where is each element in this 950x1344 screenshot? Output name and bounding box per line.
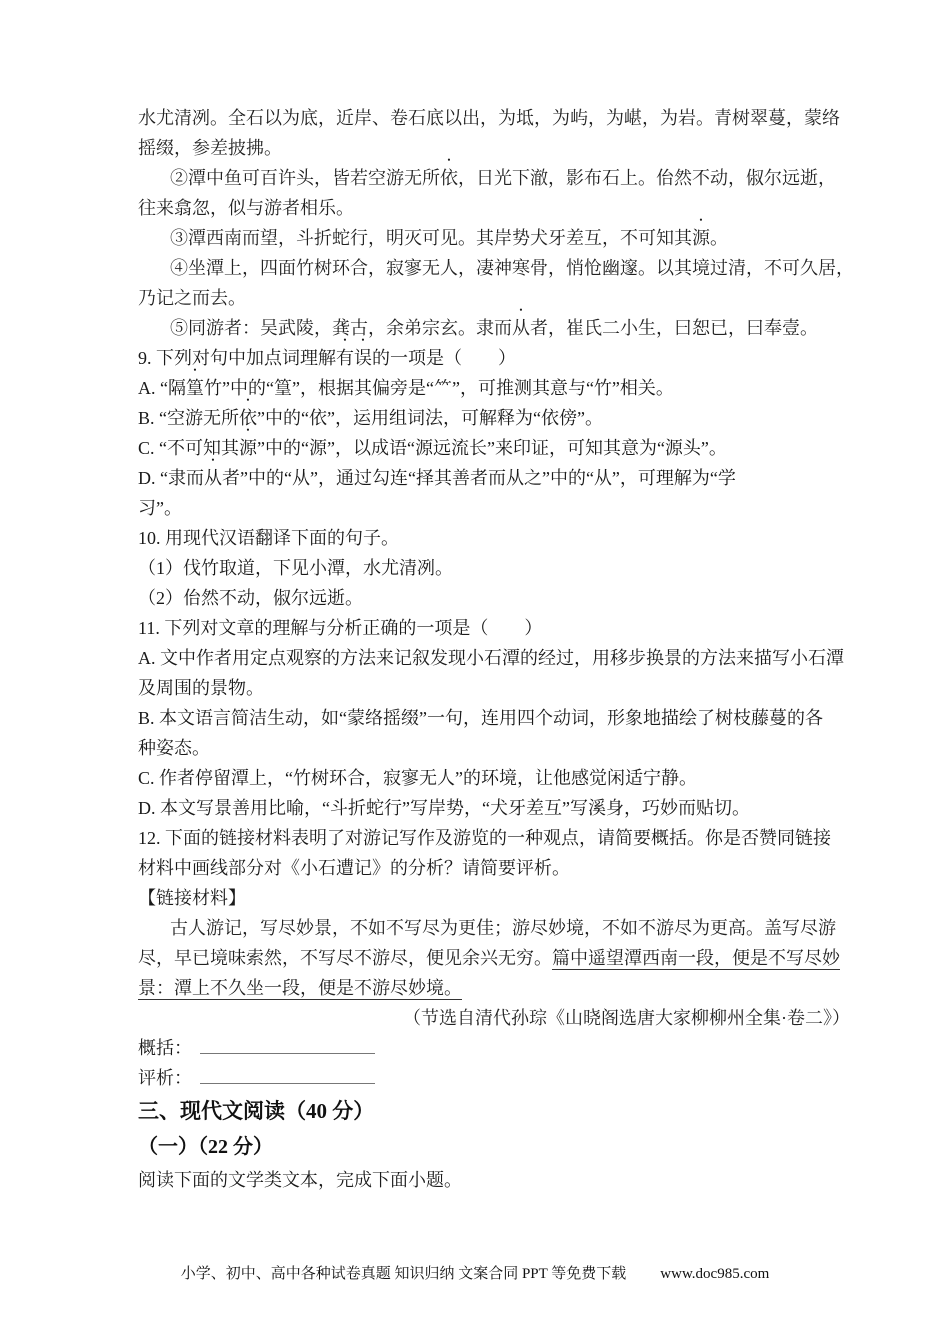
question-9-option-a: A. “隔篁竹”中的“篁”，根据其偏旁是“⺮”，可推测其意与“竹”相关。 bbox=[138, 373, 850, 403]
text-run: ”中的“源”，以成语“源远流长”来印证，可知其意为“源头”。 bbox=[257, 438, 727, 458]
answer-blank bbox=[200, 1063, 375, 1084]
question-9-option-d-line-2: 习”。 bbox=[138, 493, 850, 523]
text-run: 往来翕忽，似与游者相乐。 bbox=[138, 198, 354, 218]
exam-document-page: 水尤清冽。全石以为底，近岸、卷石底以出，为坻，为屿，为嵁，为岩。青树翠蔓，蒙络摇… bbox=[0, 0, 950, 1344]
text-run: 及周围的景物。 bbox=[138, 678, 264, 698]
passage-para-3: ③潭西南而望，斗折蛇行，明灭可见。其岸势犬牙差互，不可知其源。 bbox=[138, 223, 850, 253]
text-run: ⑤同游者：吴武陵，龚古，余弟宗玄。隶而 bbox=[170, 318, 512, 338]
linked-material-label: 【链接材料】 bbox=[138, 883, 850, 913]
text-run: 阅读下面的文学类文本，完成下面小题。 bbox=[138, 1170, 462, 1190]
linked-material-citation: （节选自清代孙琮《山晓阁选唐大家柳柳州全集·卷二》） bbox=[138, 1003, 850, 1033]
text-run: A. “隔 bbox=[138, 378, 186, 398]
text-run: 概括： bbox=[138, 1038, 192, 1058]
emphasis-dotted-char: 从 bbox=[204, 463, 222, 493]
question-10-item-1: （1）伐竹取道，下见小潭，水尤清冽。 bbox=[138, 553, 850, 583]
text-run: 种姿态。 bbox=[138, 738, 210, 758]
text-run: 者”中的“从”，通过勾连“择其善者而从之”中的“从”，可理解为“学 bbox=[222, 468, 736, 488]
question-11-option-c: C. 作者停留潭上，“竹树环合，寂寥无人”的环境，让他感觉闲适宁静。 bbox=[138, 763, 850, 793]
question-9-option-b: B. “空游无所依”中的“依”，运用组词法，可解释为“依傍”。 bbox=[138, 403, 850, 433]
question-9-stem: 9. 下列对句中加点词理解有误的一项是（ ） bbox=[138, 343, 850, 373]
text-run: 12. 下面的链接材料表明了对游记写作及游览的一种观点，请简要概括。你是否赞同链… bbox=[138, 828, 831, 848]
text-run: 9. 下列对句中加点词理解 bbox=[138, 348, 336, 368]
text-run: ②潭中鱼可百许头，皆若空游无所 bbox=[170, 168, 440, 188]
question-11-option-a-line-2: 及周围的景物。 bbox=[138, 673, 850, 703]
text-run: 水尤清冽。全石以为底，近岸、卷石底以出，为坻，为屿，为嵁，为岩。青树翠蔓，蒙络 bbox=[138, 108, 840, 128]
question-11-stem: 11. 下列对文章的理解与分析正确的一项是（ ） bbox=[138, 613, 850, 643]
passage-para-2-line-1: ②潭中鱼可百许头，皆若空游无所依，日光下澈，影布石上。佁然不动，俶尔远逝， bbox=[138, 163, 850, 193]
text-run: D. “隶而 bbox=[138, 468, 204, 488]
passage-line-1: 水尤清冽。全石以为底，近岸、卷石底以出，为坻，为屿，为嵁，为岩。青树翠蔓，蒙络 bbox=[138, 103, 850, 133]
underlined-text: 景：潭上不久坐一段，便是不游尽妙境。 bbox=[138, 978, 462, 1000]
text-run: 古人游记，写尽妙景，不如不写尽为更佳；游尽妙境，不如不游尽为更高。盖写尽游 bbox=[170, 918, 836, 938]
passage-para-4-line-1: ④坐潭上，四面竹树环合，寂寥无人，凄神寒骨，悄怆幽邃。以其境过清，不可久居， bbox=[138, 253, 850, 283]
text-run: 11. 下列对文章的理解与分析正确的一项是（ ） bbox=[138, 618, 542, 638]
text-run: ，日光下澈，影布石上。佁然不动，俶尔远逝， bbox=[458, 168, 836, 188]
emphasis-dotted-char: 误 bbox=[354, 343, 372, 373]
question-11-option-b-line-2: 种姿态。 bbox=[138, 733, 850, 763]
emphasis-dotted-char: 依 bbox=[440, 163, 458, 193]
text-run: （1）伐竹取道，下见小潭，水尤清冽。 bbox=[138, 558, 453, 578]
text-run: 尽，早已境味索然，不写尽不游尽，便见余兴无穷。 bbox=[138, 948, 552, 968]
question-11-option-d: D. 本文写景善用比喻，“斗折蛇行”写岸势，“犬牙差互”写溪身，巧妙而贴切。 bbox=[138, 793, 850, 823]
passage-line-2: 摇缀，参差披拂。 bbox=[138, 133, 850, 163]
text-run: 三、现代文阅读（40 分） bbox=[138, 1099, 374, 1123]
text-run: （节选自清代孙琮《山晓阁选唐大家柳柳州全集·卷二》） bbox=[403, 1008, 850, 1028]
emphasis-dotted-char: 有 bbox=[336, 343, 354, 373]
reading-instruction: 阅读下面的文学类文本，完成下面小题。 bbox=[138, 1165, 850, 1195]
text-run: 【链接材料】 bbox=[138, 888, 246, 908]
text-run: 乃记之而去。 bbox=[138, 288, 246, 308]
emphasis-dotted-char: 源 bbox=[692, 223, 710, 253]
text-run: 习”。 bbox=[138, 498, 182, 518]
answer-line-summary: 概括： bbox=[138, 1033, 850, 1063]
section-heading-3: 三、现代文阅读（40 分） bbox=[138, 1093, 850, 1129]
linked-material-line-2: 尽，早已境味索然，不写尽不游尽，便见余兴无穷。篇中遥望潭西南一段，便是不写尽妙 bbox=[138, 943, 850, 973]
text-run: A. 文中作者用定点观察的方法来记叙发现小石潭的经过，用移步换景的方法来描写小石… bbox=[138, 648, 844, 668]
question-9-option-c: C. “不可知其源”中的“源”，以成语“源远流长”来印证，可知其意为“源头”。 bbox=[138, 433, 850, 463]
subsection-heading-1: （一）（22 分） bbox=[138, 1129, 850, 1165]
text-run: ③潭西南而望，斗折蛇行，明灭可见。其岸势犬牙差互，不可知其 bbox=[170, 228, 692, 248]
text-run: ”中的“依”，运用组词法，可解释为“依傍”。 bbox=[257, 408, 603, 428]
text-run: 评析： bbox=[138, 1068, 192, 1088]
text-run: （2）佁然不动，俶尔远逝。 bbox=[138, 588, 363, 608]
text-run: D. 本文写景善用比喻，“斗折蛇行”写岸势，“犬牙差互”写溪身，巧妙而贴切。 bbox=[138, 798, 750, 818]
page-footer: 小学、初中、高中各种试卷真题 知识归纳 文案合同 PPT 等免费下载www.do… bbox=[0, 1262, 950, 1283]
text-run: 材料中画线部分对《小石遭记》的分析？请简要评析。 bbox=[138, 858, 570, 878]
question-11-option-a-line-1: A. 文中作者用定点观察的方法来记叙发现小石潭的经过，用移步换景的方法来描写小石… bbox=[138, 643, 850, 673]
question-12-stem-line-1: 12. 下面的链接材料表明了对游记写作及游览的一种观点，请简要概括。你是否赞同链… bbox=[138, 823, 850, 853]
text-run: （一）（22 分） bbox=[138, 1136, 273, 1158]
text-run: 摇缀，参差披拂。 bbox=[138, 138, 282, 158]
passage-para-5: ⑤同游者：吴武陵，龚古，余弟宗玄。隶而从者，崔氏二小生，曰恕已，曰奉壹。 bbox=[138, 313, 850, 343]
footer-website-link[interactable]: www.doc985.com bbox=[660, 1266, 769, 1282]
text-run: 的一项是（ ） bbox=[372, 348, 516, 368]
text-run: B. 本文语言简洁生动，如“蒙络摇缀”一句，连用四个动词，形象地描绘了树枝藤蔓的… bbox=[138, 708, 823, 728]
linked-material-line-1: 古人游记，写尽妙景，不如不写尽为更佳；游尽妙境，不如不游尽为更高。盖写尽游 bbox=[138, 913, 850, 943]
answer-blank bbox=[200, 1033, 375, 1054]
question-10-item-2: （2）佁然不动，俶尔远逝。 bbox=[138, 583, 850, 613]
text-run: 。 bbox=[710, 228, 728, 248]
question-9-option-d-line-1: D. “隶而从者”中的“从”，通过勾连“择其善者而从之”中的“从”，可理解为“学 bbox=[138, 463, 850, 493]
text-run: ④坐潭上，四面竹树环合，寂寥无人，凄神寒骨，悄怆幽邃。以其境过清，不可久居， bbox=[170, 258, 854, 278]
text-run: C. “不可知其 bbox=[138, 438, 239, 458]
text-run: 者，崔氏二小生，曰恕已，曰奉壹。 bbox=[530, 318, 818, 338]
linked-material-line-3: 景：潭上不久坐一段，便是不游尽妙境。 bbox=[138, 973, 850, 1003]
text-run: 10. 用现代汉语翻译下面的句子。 bbox=[138, 528, 399, 548]
passage-para-4-line-2: 乃记之而去。 bbox=[138, 283, 850, 313]
document-body: 水尤清冽。全石以为底，近岸、卷石底以出，为坻，为屿，为嵁，为岩。青树翠蔓，蒙络摇… bbox=[138, 103, 850, 1195]
question-12-stem-line-2: 材料中画线部分对《小石遭记》的分析？请简要评析。 bbox=[138, 853, 850, 883]
text-run: 竹”中的“篁”，根据其偏旁是“⺮”，可推测其意与“竹”相关。 bbox=[204, 378, 674, 398]
footer-promo-text: 小学、初中、高中各种试卷真题 知识归纳 文案合同 PPT 等免费下载 bbox=[181, 1266, 627, 1282]
text-run: B. “空游无所 bbox=[138, 408, 239, 428]
text-run: C. 作者停留潭上，“竹树环合，寂寥无人”的环境，让他感觉闲适宁静。 bbox=[138, 768, 697, 788]
passage-para-2-line-2: 往来翕忽，似与游者相乐。 bbox=[138, 193, 850, 223]
question-11-option-b-line-1: B. 本文语言简洁生动，如“蒙络摇缀”一句，连用四个动词，形象地描绘了树枝藤蔓的… bbox=[138, 703, 850, 733]
question-10-stem: 10. 用现代汉语翻译下面的句子。 bbox=[138, 523, 850, 553]
underlined-text: 篇中遥望潭西南一段，便是不写尽妙 bbox=[552, 948, 840, 970]
emphasis-dotted-char: 篁 bbox=[186, 373, 204, 403]
emphasis-dotted-char: 源 bbox=[239, 433, 257, 463]
answer-line-analysis: 评析： bbox=[138, 1063, 850, 1093]
emphasis-dotted-char: 从 bbox=[512, 313, 530, 343]
